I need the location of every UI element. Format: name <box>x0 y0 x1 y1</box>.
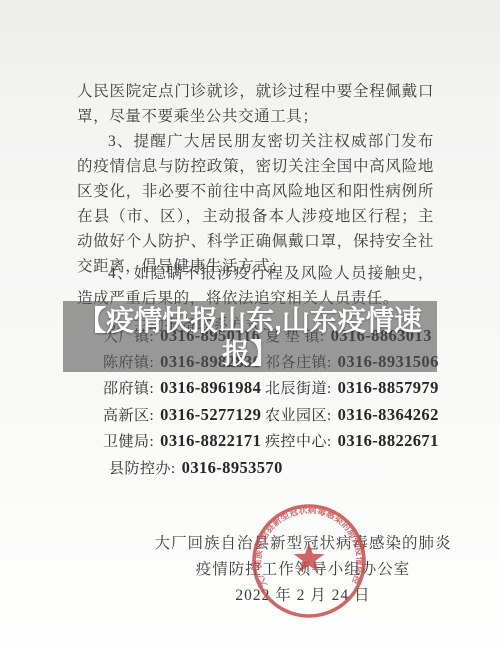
seal-ring-text-holder: 大厂回族自治县新型冠状病毒感染的肺炎疫情防控工作领导小组办公室 <box>244 496 366 589</box>
contact: 邵府镇: 0316-8961984 <box>103 377 265 398</box>
paragraph-3: 3、提醒广大居民朋友密切关注权威部门发布的疫情信息与防控政策，密切关注全国中高风… <box>77 129 434 279</box>
contact: 县防控办: 0316-8953570 <box>109 457 271 478</box>
contact-label: 疾控中心: <box>265 430 332 451</box>
contact-label: 县防控办: <box>109 457 176 478</box>
contact-label: 农业园区: <box>265 404 332 425</box>
contact: 卫健局: 0316-8822171 <box>103 430 265 451</box>
contact-phone: 0316-8364262 <box>338 405 439 425</box>
contact: 农业园区: 0316-8364262 <box>265 404 439 425</box>
contact-row: 邵府镇: 0316-8961984 北辰街道: 0316-8857979 <box>103 375 443 401</box>
contact-row: 县防控办: 0316-8953570 <box>103 454 443 480</box>
contact-row: 卫健局: 0316-8822171 疾控中心: 0316-8822671 <box>103 428 443 454</box>
seal-star-icon <box>294 543 324 572</box>
contact-phone: 0316-8822671 <box>338 431 439 451</box>
paragraph-continuation: 人民医院定点门诊就诊，就诊过程中要全程佩戴口罩，尽量不要乘坐公共交通工具； <box>77 79 434 129</box>
contact: 北辰街道: 0316-8857979 <box>265 377 439 398</box>
contact-label: 邵府镇: <box>103 377 154 398</box>
contact-phone: 0316-8822171 <box>160 431 261 451</box>
contact-phone: 0316-8961984 <box>160 378 261 398</box>
contact-phone: 0316-8857979 <box>338 378 439 398</box>
contact-label: 高新区: <box>103 404 154 425</box>
caption-overlay-text: 【疫情快报山东,山东疫情速报】 <box>63 301 437 370</box>
contact: 疾控中心: 0316-8822671 <box>265 430 439 451</box>
contact-phone: 0316-5277129 <box>160 405 261 425</box>
contact-label: 北辰街道: <box>265 377 332 398</box>
contact-row: 高新区: 0316-5277129 农业园区: 0316-8364262 <box>103 401 443 427</box>
official-red-seal: 大厂回族自治县新型冠状病毒感染的肺炎疫情防控工作领导小组办公室 <box>244 496 374 626</box>
caption-overlay-banner: 【疫情快报山东,山东疫情速报】 <box>63 301 437 372</box>
contact-phone: 0316-8953570 <box>182 458 283 478</box>
contact: 高新区: 0316-5277129 <box>103 404 265 425</box>
contact-label: 卫健局: <box>103 430 154 451</box>
seal-ring-text: 大厂回族自治县新型冠状病毒感染的肺炎疫情防控工作领导小组办公室 <box>244 496 366 589</box>
